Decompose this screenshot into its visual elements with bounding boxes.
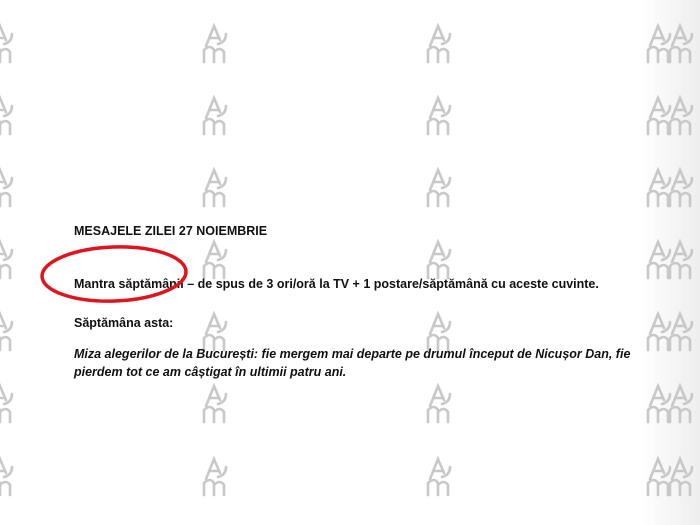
red-ellipse-annotation: [0, 0, 700, 525]
document-page: MESAJELE ZILEI 27 NOIEMBRIE Mantra săptă…: [0, 0, 700, 525]
